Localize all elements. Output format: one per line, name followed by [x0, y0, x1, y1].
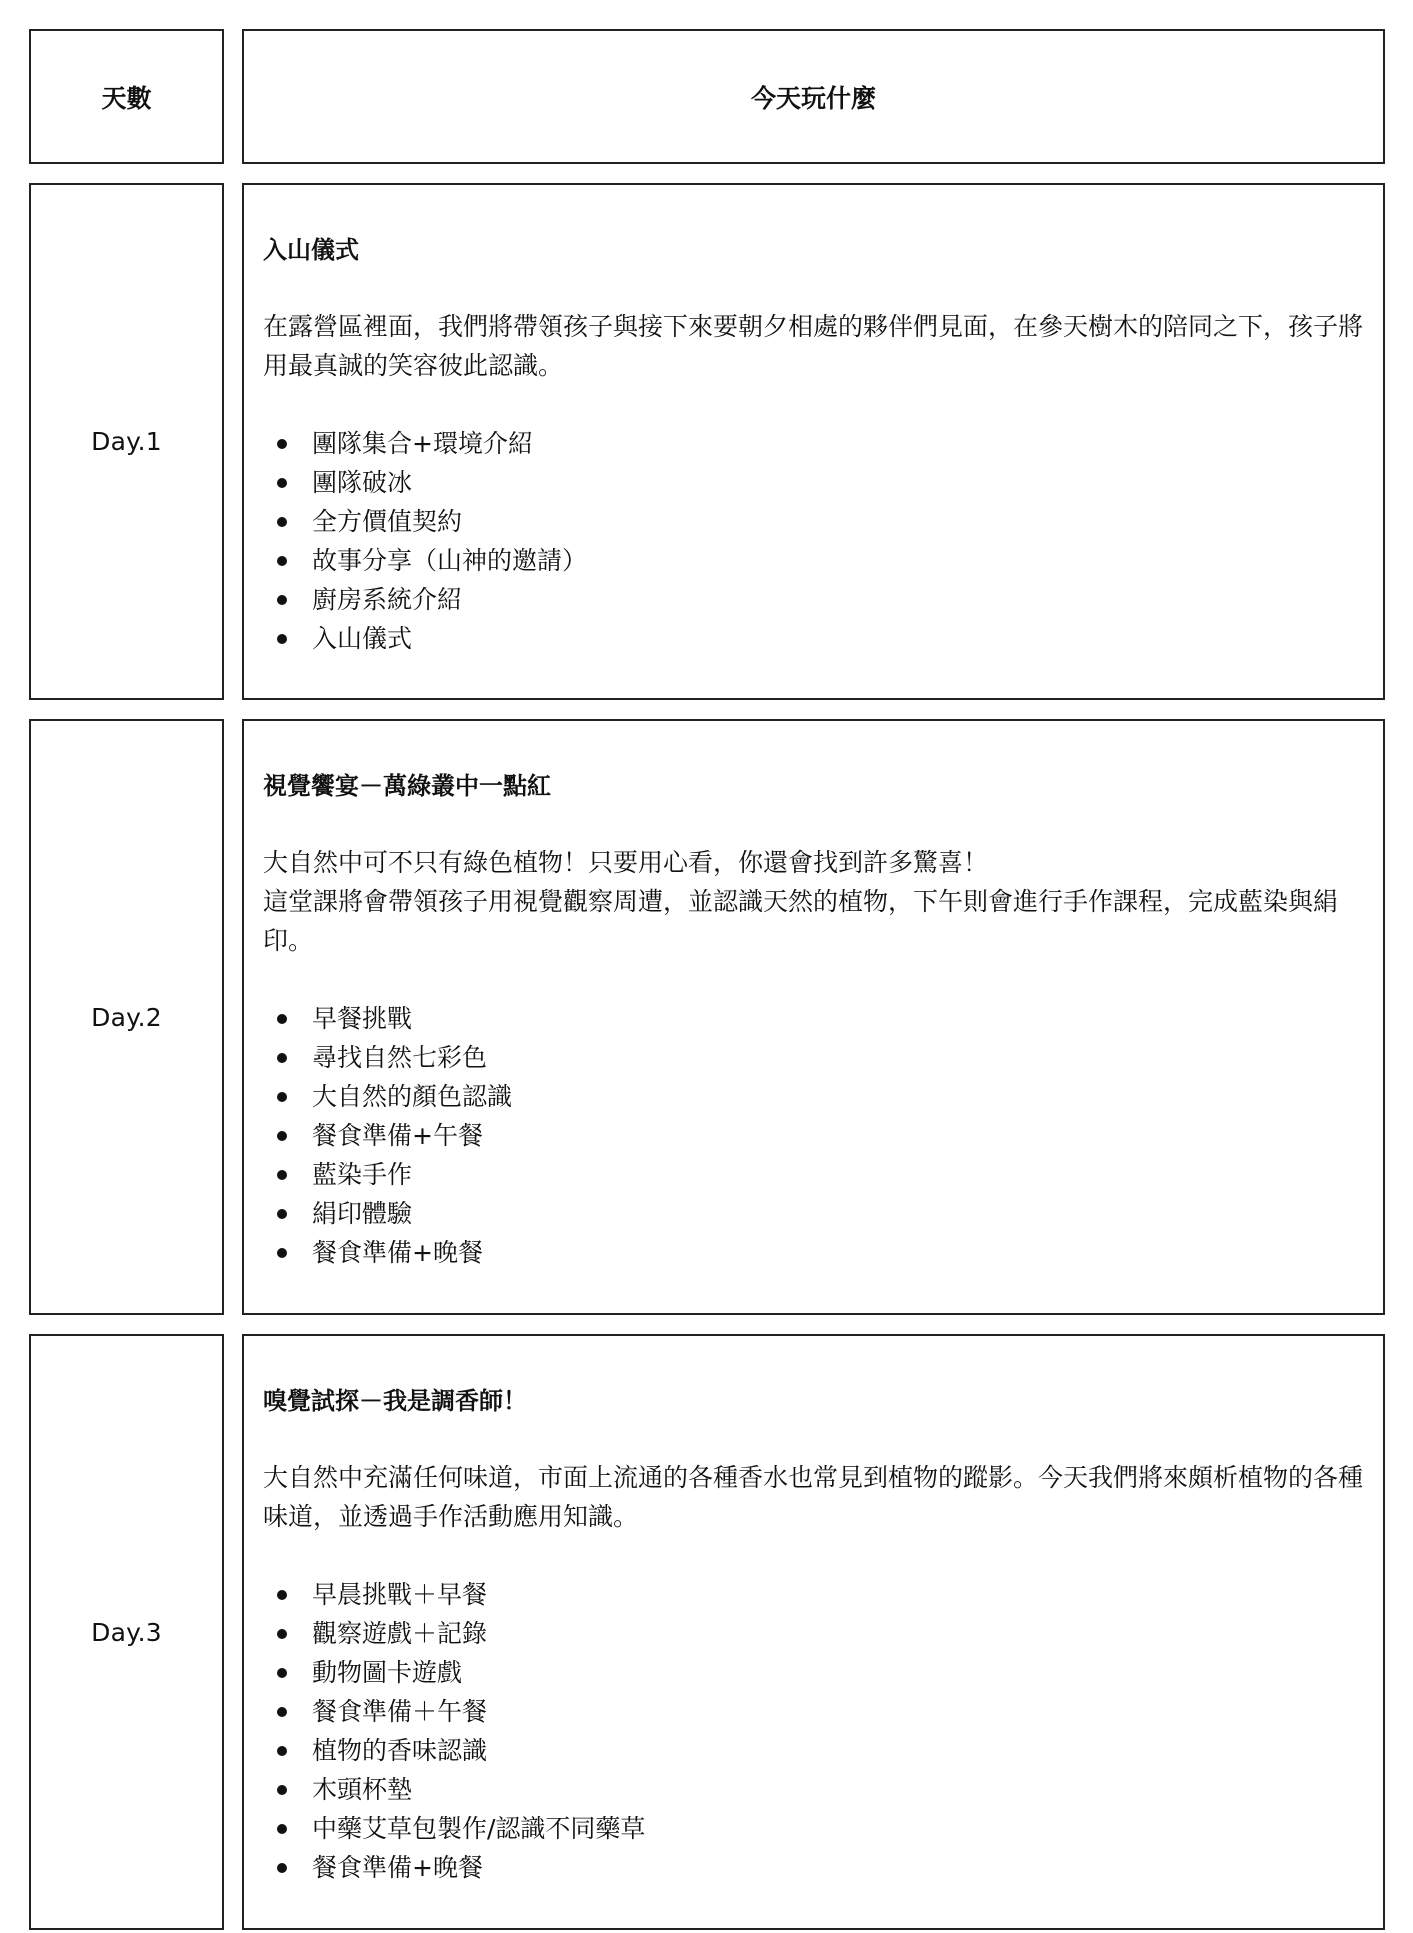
- bullet-icon: [277, 439, 287, 449]
- day-1-activity-cell: 入山儀式 在露營區裡面，我們將帶領孩子與接下來要朝夕相處的夥伴們見面，在參天樹木…: [242, 183, 1385, 700]
- day-3-activity-cell: 嗅覺試探－我是調香師！ 大自然中充滿任何味道，市面上流通的各種香水也常見到植物的…: [242, 1334, 1385, 1930]
- bullet-icon: [277, 1014, 287, 1024]
- day-1-content: 入山儀式 在露營區裡面，我們將帶領孩子與接下來要朝夕相處的夥伴們見面，在參天樹木…: [244, 185, 1383, 658]
- list-item: 餐食準備+午餐: [263, 1116, 1363, 1155]
- list-item: 尋找自然七彩色: [263, 1038, 1363, 1077]
- list-item: 故事分享（山神的邀請）: [263, 541, 1363, 580]
- activity-description: 在露營區裡面，我們將帶領孩子與接下來要朝夕相處的夥伴們見面，在參天樹木的陪同之下…: [263, 307, 1363, 385]
- day-1-label-cell: Day.1: [29, 183, 224, 700]
- bullet-icon: [277, 595, 287, 605]
- bullet-icon: [277, 517, 287, 527]
- list-item: 全方價值契約: [263, 502, 1363, 541]
- day-3-label-cell: Day.3: [29, 1334, 224, 1930]
- activity-title: 嗅覺試探－我是調香師！: [263, 1382, 1363, 1420]
- bullet-icon: [277, 1170, 287, 1180]
- list-item: 觀察遊戲＋記錄: [263, 1614, 1363, 1653]
- day-label: Day.1: [91, 427, 162, 456]
- list-item: 入山儀式: [263, 619, 1363, 658]
- bullet-icon: [277, 1863, 287, 1873]
- bullet-icon: [277, 1209, 287, 1219]
- day-label: Day.3: [91, 1618, 162, 1647]
- bullet-icon: [277, 1668, 287, 1678]
- activity-list: 早晨挑戰＋早餐 觀察遊戲＋記錄 動物圖卡遊戲 餐食準備＋午餐 植物的香味認識 木…: [263, 1575, 1363, 1887]
- day-label: Day.2: [91, 1003, 162, 1032]
- list-item: 早晨挑戰＋早餐: [263, 1575, 1363, 1614]
- list-item: 中藥艾草包製作/認識不同藥草: [263, 1809, 1363, 1848]
- bullet-icon: [277, 1590, 287, 1600]
- list-item: 餐食準備+晚餐: [263, 1233, 1363, 1272]
- list-item: 藍染手作: [263, 1155, 1363, 1194]
- header-activity-cell: 今天玩什麼: [242, 29, 1385, 164]
- day-2-label-cell: Day.2: [29, 719, 224, 1315]
- list-item: 木頭杯墊: [263, 1770, 1363, 1809]
- list-item: 植物的香味認識: [263, 1731, 1363, 1770]
- bullet-icon: [277, 1785, 287, 1795]
- bullet-icon: [277, 1707, 287, 1717]
- bullet-icon: [277, 1131, 287, 1141]
- bullet-icon: [277, 556, 287, 566]
- activity-description: 大自然中充滿任何味道，市面上流通的各種香水也常見到植物的蹤影。今天我們將來頗析植…: [263, 1458, 1363, 1536]
- list-item: 餐食準備＋午餐: [263, 1692, 1363, 1731]
- header-activity-label: 今天玩什麼: [751, 79, 876, 115]
- day-2-content: 視覺饗宴－萬綠叢中一點紅 大自然中可不只有綠色植物！只要用心看，你還會找到許多驚…: [244, 721, 1383, 1272]
- activity-title: 視覺饗宴－萬綠叢中一點紅: [263, 767, 1363, 805]
- bullet-icon: [277, 478, 287, 488]
- list-item: 動物圖卡遊戲: [263, 1653, 1363, 1692]
- activity-title: 入山儀式: [263, 231, 1363, 269]
- list-item: 早餐挑戰: [263, 999, 1363, 1038]
- list-item: 餐食準備+晚餐: [263, 1848, 1363, 1887]
- bullet-icon: [277, 1248, 287, 1258]
- header-day-cell: 天數: [29, 29, 224, 164]
- activity-list: 早餐挑戰 尋找自然七彩色 大自然的顏色認識 餐食準備+午餐 藍染手作 絹印體驗 …: [263, 999, 1363, 1272]
- list-item: 團隊集合+環境介紹: [263, 424, 1363, 463]
- list-item: 團隊破冰: [263, 463, 1363, 502]
- bullet-icon: [277, 1629, 287, 1639]
- activity-description: 大自然中可不只有綠色植物！只要用心看，你還會找到許多驚喜！ 這堂課將會帶領孩子用…: [263, 843, 1363, 960]
- activity-list: 團隊集合+環境介紹 團隊破冰 全方價值契約 故事分享（山神的邀請） 廚房系統介紹…: [263, 424, 1363, 658]
- bullet-icon: [277, 1092, 287, 1102]
- list-item: 廚房系統介紹: [263, 580, 1363, 619]
- day-3-content: 嗅覺試探－我是調香師！ 大自然中充滿任何味道，市面上流通的各種香水也常見到植物的…: [244, 1336, 1383, 1887]
- bullet-icon: [277, 1746, 287, 1756]
- bullet-icon: [277, 1824, 287, 1834]
- bullet-icon: [277, 634, 287, 644]
- day-2-activity-cell: 視覺饗宴－萬綠叢中一點紅 大自然中可不只有綠色植物！只要用心看，你還會找到許多驚…: [242, 719, 1385, 1315]
- list-item: 大自然的顏色認識: [263, 1077, 1363, 1116]
- list-item: 絹印體驗: [263, 1194, 1363, 1233]
- bullet-icon: [277, 1053, 287, 1063]
- header-day-label: 天數: [101, 79, 151, 115]
